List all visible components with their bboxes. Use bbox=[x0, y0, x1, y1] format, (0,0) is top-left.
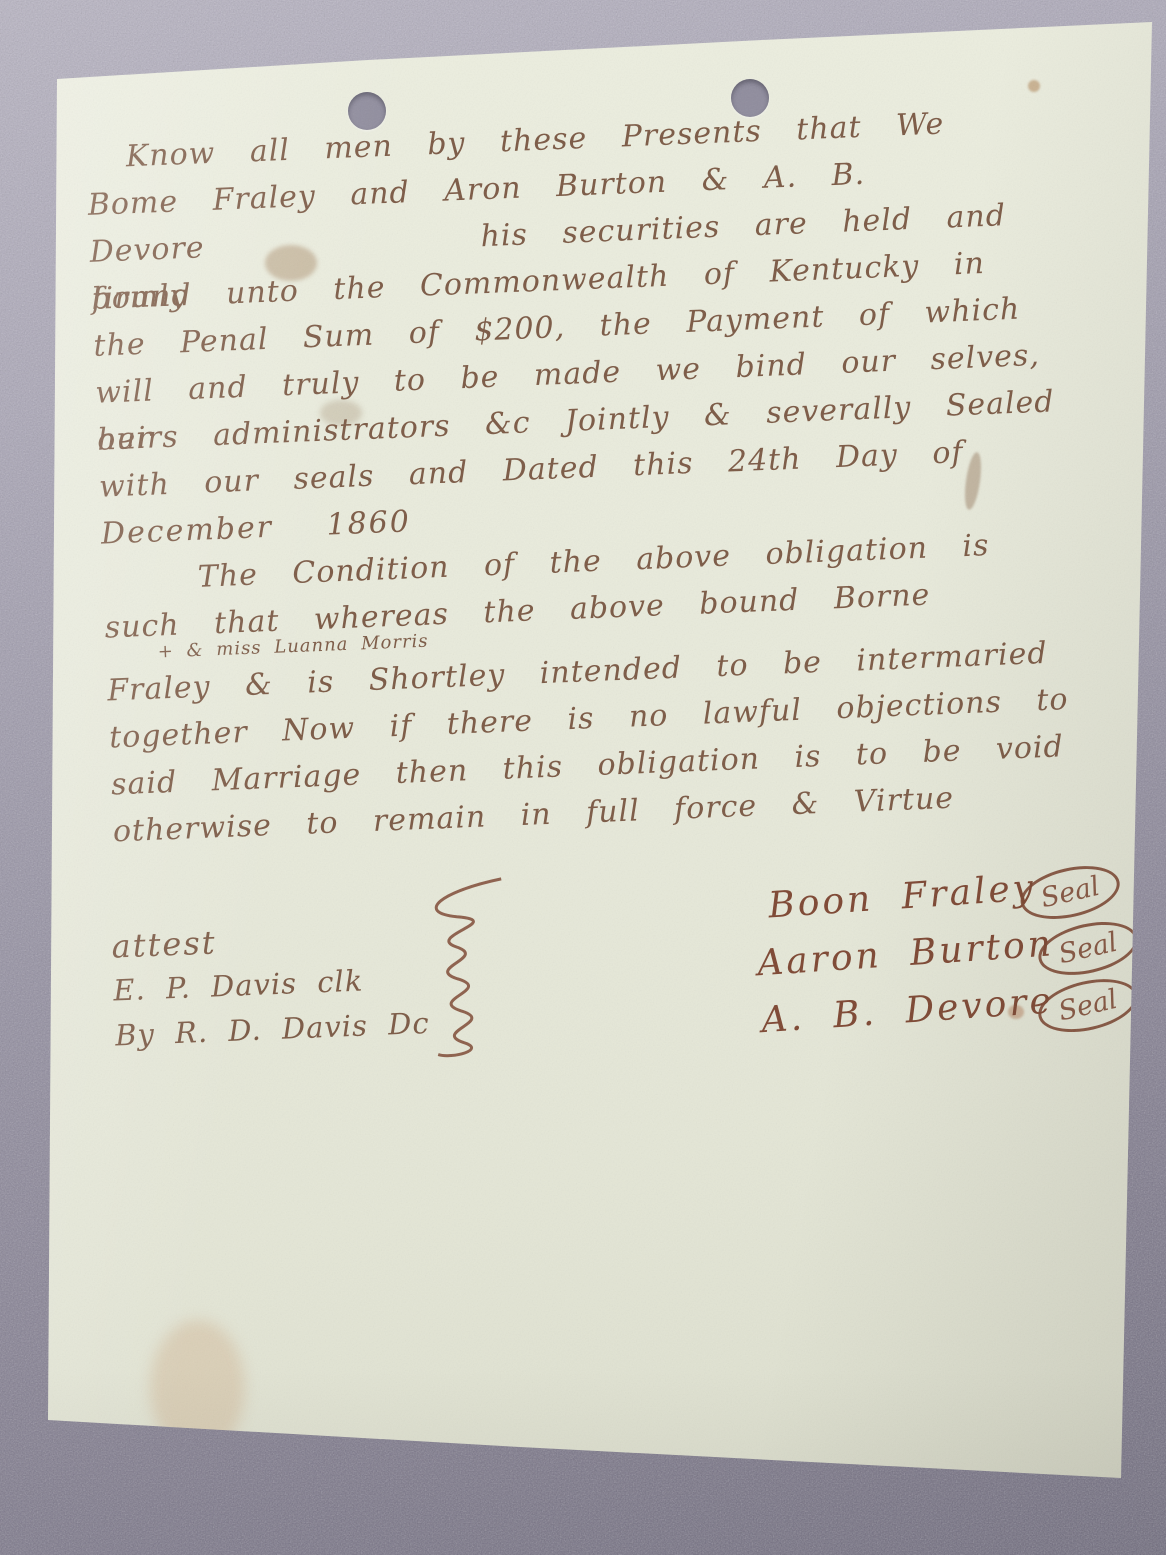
signature-row: Boon Fraley Seal bbox=[569, 856, 1137, 951]
attestation-block: attest E. P. Davis clk By R. D. Davis Dc bbox=[111, 912, 431, 1059]
document-photo: { "colors":{ "ink":"#7b5944", "signature… bbox=[0, 0, 1166, 1555]
signature-name: A. B. Devore bbox=[760, 980, 1055, 1041]
spiral-flourish bbox=[383, 870, 523, 1070]
signature-name: Aaron Burton bbox=[756, 923, 1055, 984]
attest-clerk-line: E. P. Davis clk bbox=[112, 956, 428, 1014]
attest-heading: attest bbox=[111, 912, 427, 969]
signature-row: A. B. Devore Seal bbox=[576, 969, 1144, 1064]
interlinear-insertion-note: + & miss Luanna Morris bbox=[105, 603, 1115, 670]
body-line: heirs administrators &c Jointly & severa… bbox=[96, 376, 1107, 463]
corner-stain bbox=[150, 1320, 245, 1455]
attest-deputy-line: By R. D. Davis Dc bbox=[114, 1001, 430, 1059]
body-line: with our seals and Dated this 24th Day o… bbox=[98, 423, 1109, 510]
body-line: Know all men by these Presents that We bbox=[85, 94, 1096, 181]
ink-drip-stain bbox=[962, 451, 984, 510]
body-line: said Marriage then this obligation is to… bbox=[110, 721, 1121, 808]
body-line: Devore his securities are held and firml… bbox=[89, 188, 1100, 275]
body-line: such that whereas the above bound Borne bbox=[104, 564, 1115, 651]
signature-row: Aaron Burton Seal bbox=[572, 913, 1140, 1008]
punch-hole-left bbox=[348, 92, 386, 130]
body-line: together Now if there is no lawful objec… bbox=[108, 674, 1119, 761]
small-stain bbox=[1008, 1005, 1024, 1019]
body-line: will and truly to be made we bind our se… bbox=[94, 329, 1105, 416]
smudge-stain bbox=[320, 400, 362, 426]
body-line: otherwise to remain in full force & Virt… bbox=[112, 768, 1123, 855]
signatures-block: Boon Fraley Seal Aaron Burton Seal A. B.… bbox=[569, 856, 1144, 1065]
body-line: December 1860 bbox=[100, 470, 1111, 557]
body-line: Bome Fraley and Aron Burton & A. B. bbox=[87, 141, 1098, 228]
signature-name: Boon Fraley bbox=[767, 867, 1037, 926]
seal-stamp: Seal bbox=[1033, 913, 1143, 983]
body-line: the Penal Sum of $200, the Payment of wh… bbox=[93, 282, 1104, 369]
document-paper: Know all men by these Presents that We B… bbox=[0, 0, 1166, 1555]
seal-stamp: Seal bbox=[1015, 857, 1125, 927]
body-line: bound unto the Commonwealth of Kentucky … bbox=[91, 235, 1102, 322]
ink-stain bbox=[265, 245, 317, 281]
handwritten-text-layer: Know all men by these Presents that We B… bbox=[85, 94, 1123, 855]
punch-hole-right bbox=[731, 79, 769, 117]
body-line: The Condition of the above obligation is bbox=[102, 517, 1113, 604]
seal-stamp: Seal bbox=[1033, 970, 1143, 1040]
small-stain bbox=[1028, 80, 1040, 92]
body-line: Fraley & is Shortley intended to be inte… bbox=[106, 627, 1117, 714]
